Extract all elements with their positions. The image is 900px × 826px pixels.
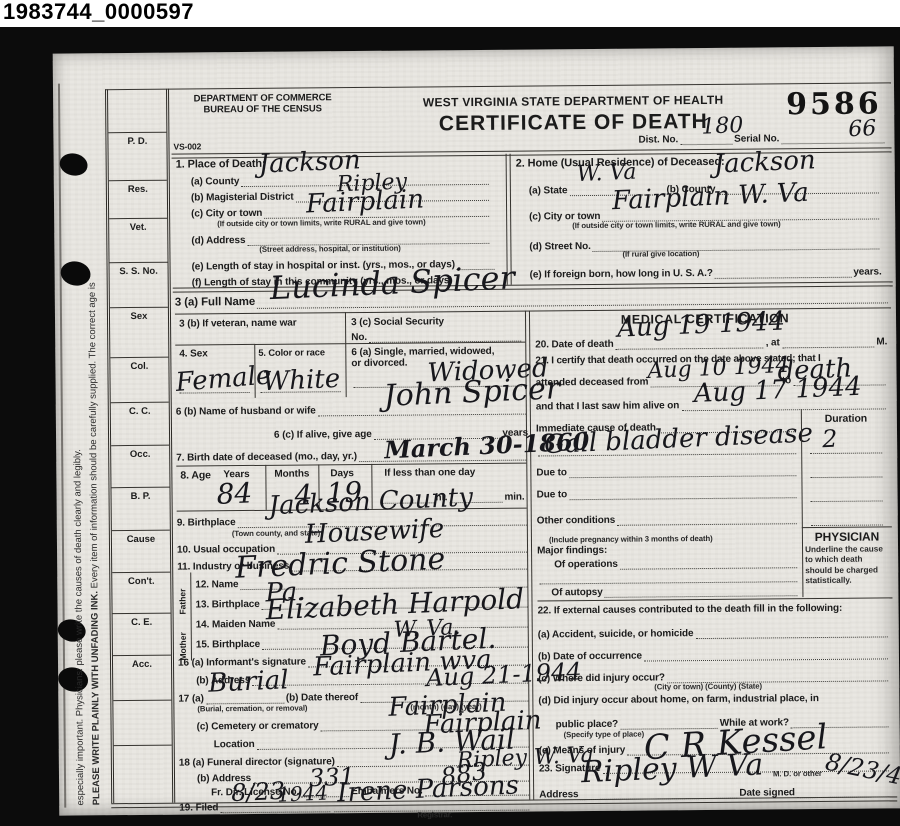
occurrence-date-row: (b) Date of occurrence: [538, 644, 890, 662]
physician-box-top: [802, 526, 892, 528]
stub-cell: [108, 89, 166, 134]
row3-bottom-line: [175, 342, 525, 346]
father-side-label: Father: [177, 573, 187, 615]
dots: [617, 508, 797, 526]
filed-label: 19. Filed: [179, 802, 218, 814]
physician-header-wrap: PHYSICIAN: [803, 530, 891, 545]
duration-line: [808, 438, 884, 454]
sex-label: 4. Sex: [179, 348, 207, 360]
mother-birthplace-label: 15. Birthplace: [196, 638, 260, 650]
due-to-label-1: Due to: [536, 467, 567, 479]
fullname-label: 3 (a) Full Name: [175, 296, 255, 310]
attended-from-label: attended deceased from: [536, 376, 649, 388]
duration-header-wrap: Duration: [804, 412, 888, 425]
date-signed-label: Date signed: [739, 787, 795, 799]
duration-line: [809, 510, 885, 526]
father-name-label: 12. Name: [195, 579, 238, 591]
date-of-death-at: , at: [766, 337, 780, 349]
accident-row: (a) Accident, suicide, or homicide: [538, 622, 890, 640]
md-or-other-caption: M. D. or other: [773, 769, 822, 778]
home-street-label: (d) Street No.: [529, 240, 590, 252]
place-address-caption: (Street address, hospital, or institutio…: [259, 244, 400, 254]
physician-header: PHYSICIAN: [803, 530, 891, 545]
external-causes-heading: 22. If external causes contributed to th…: [538, 603, 843, 617]
stub-cell-cont: Con't.: [112, 573, 170, 615]
dots: [810, 437, 882, 454]
stub-column: P. D. Res. Vet. S. S. No. Sex Col. C. C.…: [105, 89, 175, 804]
autopsy-row: Of autopsy: [551, 581, 799, 598]
injury-where-caption: (City or town) (County) (State): [654, 682, 762, 692]
spouse-value: John Spicer: [383, 374, 561, 412]
header-department: DEPARTMENT OF COMMERCE BUREAU OF THE CEN…: [180, 93, 345, 116]
home-street-caption: (If rural give location): [622, 249, 699, 259]
dots: [569, 482, 797, 500]
other-conditions-label: Other conditions: [537, 514, 616, 526]
dots: [644, 643, 888, 661]
cemetery-label: (c) Cemetery or crematory: [197, 720, 319, 733]
age-col-divider: [265, 465, 266, 510]
duration-line: [809, 486, 885, 502]
place-address-label: (d) Address: [191, 235, 245, 247]
place-city-value: Fairplain: [305, 186, 424, 217]
ssn-no-label: No.: [351, 331, 367, 343]
accident-label: (a) Accident, suicide, or homicide: [538, 628, 694, 641]
home-state-value: W. Va: [576, 162, 637, 187]
margin-rest-text: Every item of information should be care…: [87, 282, 101, 591]
place-city-label: (c) City or town: [191, 207, 262, 219]
home-city-caption: (If outside city or town limits, write R…: [572, 219, 780, 230]
margin-instructions: PLEASE WRITE PLAINLY WITH UNFADING INK. …: [67, 111, 105, 805]
dots: [811, 509, 883, 526]
dots: [715, 262, 852, 279]
race-marital-divider: [345, 343, 346, 397]
due-to-row-2: Due to: [536, 483, 798, 500]
injury-where-label: (c) Where did injury occur?: [538, 672, 665, 685]
dots: [667, 665, 888, 683]
place-county-label: (a) County: [191, 176, 240, 188]
home-county-value: Jackson: [713, 147, 816, 177]
alive-age-label: 6 (c) If alive, give age: [274, 428, 372, 440]
other-conditions-row: Other conditions: [537, 509, 799, 526]
dots: [782, 332, 875, 349]
underline-note: Underline the cause to which death shoul…: [805, 544, 889, 586]
last-saw-alive-value: Aug 17 1944: [693, 374, 862, 407]
mother-name-label: 14. Maiden Name: [196, 618, 276, 630]
birthdate-label: 7. Birth date of deceased (mo., day, yr.…: [176, 451, 357, 464]
dots: [569, 460, 797, 478]
dept-line-2: BUREAU OF THE CENSUS: [180, 104, 345, 116]
min-label: min.: [504, 491, 524, 503]
registrar-sig-value: Irene Parsons: [337, 772, 520, 806]
registrar-caption: Registrar.: [417, 810, 452, 819]
stub-cell-vet: Vet.: [109, 219, 167, 264]
duration-value: 2: [822, 427, 838, 452]
form-top-border: [105, 82, 891, 90]
dots: [695, 621, 887, 639]
home-foreign-row: (e) If foreign born, how long in U. S. A…: [530, 262, 882, 280]
scan-id-label: 1983744_0000597: [3, 0, 194, 24]
agency-name: WEST VIRGINIA STATE DEPARTMENT OF HEALTH: [353, 93, 793, 111]
serial-no-value: 66: [848, 118, 877, 141]
stub-cell-occ: Occ.: [111, 446, 169, 489]
page-left-edge: [58, 84, 68, 808]
race-label: 5. Color or race: [258, 347, 325, 358]
dist-no-label: Dist. No.: [638, 134, 678, 146]
place-city-caption: (If outside city or town limits, write R…: [217, 217, 425, 228]
autopsy-label: Of autopsy: [551, 586, 602, 598]
duration-header: Duration: [804, 412, 888, 425]
due-to-label-2: Due to: [537, 489, 568, 501]
burial-num-label: 17 (a): [178, 693, 204, 705]
duration-line: [808, 462, 884, 478]
veteran-ssn-divider: [345, 312, 346, 343]
certificate-page: PLEASE WRITE PLAINLY WITH UNFADING INK. …: [53, 46, 900, 815]
stub-cell-cc: C. C.: [111, 403, 169, 447]
dots: [605, 580, 798, 598]
dots: [810, 461, 882, 478]
physician-address-label: Address: [539, 789, 578, 801]
filed-year-value: 1944: [277, 782, 329, 804]
veteran-label: 3 (b) If veteran, name war: [179, 318, 297, 331]
occurrence-date-label: (b) Date of occurrence: [538, 650, 642, 662]
due-to-row-1: Due to: [536, 461, 798, 478]
stub-cell: [113, 701, 171, 747]
spouse-label: 6 (b) Name of husband or wife: [176, 405, 316, 418]
stub-cell-col: Col.: [110, 358, 168, 404]
age-years-value: 84: [216, 479, 253, 509]
age-less-label: If less than one day: [384, 467, 475, 479]
home-foreign-label: (e) If foreign born, how long in U. S. A…: [530, 267, 713, 280]
dots: [810, 485, 882, 502]
dist-no-value: 180: [701, 115, 744, 139]
form-code: VS-002: [173, 142, 201, 152]
place-district-label: (b) Magisterial District: [191, 191, 294, 203]
stub-cell-res: Res.: [109, 181, 167, 220]
injury-home-label: (d) Did injury occur about home, on farm…: [538, 693, 819, 707]
physician-address-value: Ripley W Va: [580, 750, 764, 788]
burial-date-label: (b) Date thereof: [286, 692, 358, 704]
burial-type-value: Burial: [208, 667, 289, 696]
sex-value: Female: [175, 362, 273, 395]
dots: [369, 326, 521, 343]
scan-canvas: 1983744_0000597 PLEASE WRITE PLAINLY WIT…: [0, 0, 900, 826]
home-foreign-suffix: years.: [853, 266, 881, 278]
public-place-caption: (Specify type of place): [564, 730, 645, 740]
marital-label-2: or divorced.: [351, 358, 407, 370]
stub-cell-sex: Sex: [110, 308, 168, 359]
age-table-top: [176, 463, 526, 467]
place-of-death-title: 1. Place of Death:: [176, 158, 266, 171]
age-label: 8. Age: [180, 469, 211, 481]
ssn-no-row: No.: [351, 327, 523, 344]
race-value: White: [262, 366, 341, 395]
home-street-row: (d) Street No.: [529, 234, 881, 252]
stub-cell-cause: Cause: [112, 531, 170, 574]
stub-cell-pd: P. D.: [108, 133, 166, 182]
pregnancy-caption: (Include pregnancy within 3 months of de…: [549, 534, 713, 544]
burial-type-caption: (Burial, cremation, or removal): [197, 703, 307, 713]
scan-top-strip: 1983744_0000597: [0, 0, 900, 27]
stub-cell-acc: Acc.: [113, 656, 171, 702]
margin-bold-text: PLEASE WRITE PLAINLY WITH UNFADING INK.: [89, 591, 102, 805]
stub-cell-bp: B. P.: [111, 488, 169, 532]
stub-cell-ce: C. E.: [113, 614, 171, 657]
birthplace-label: 9. Birthplace: [177, 517, 236, 529]
date-of-death-value: Aug 19 1944: [617, 308, 786, 341]
home-state-label: (a) State: [529, 185, 568, 197]
stub-cell: [114, 746, 172, 803]
header-agency: WEST VIRGINIA STATE DEPARTMENT OF HEALTH: [353, 93, 793, 111]
fullname-value: Lucinda Spicer: [269, 261, 515, 304]
cemetery-location-label: Location: [214, 738, 255, 750]
last-saw-alive-label: and that I last saw him alive on: [536, 400, 680, 413]
date-of-death-m: M.: [876, 336, 887, 348]
stub-cell-ssno: S. S. No.: [110, 263, 168, 309]
public-place-label: public place?: [556, 718, 619, 730]
date-of-death-label: 20. Date of death: [535, 338, 613, 350]
father-birthplace-label: 13. Birthplace: [195, 598, 259, 610]
parent-bracket-line: [190, 572, 192, 660]
